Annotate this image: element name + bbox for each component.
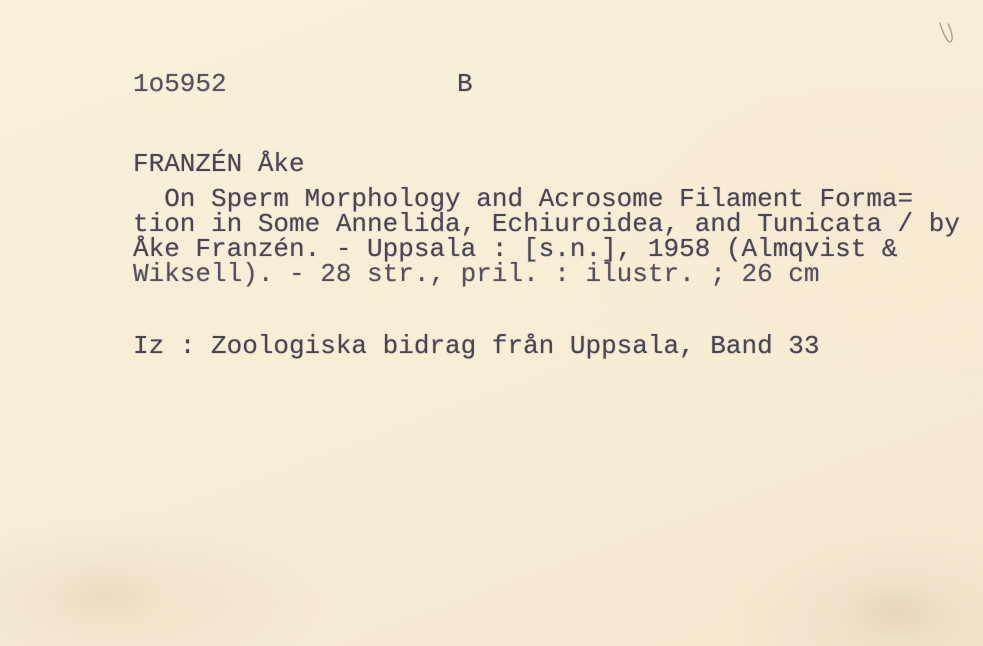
paper-smudge (840, 580, 950, 640)
pencil-checkmark-icon (936, 20, 962, 52)
description-line: Wiksell). - 28 str., pril. : ilustr. ; 2… (133, 262, 820, 287)
series-note: Iz : Zoologiska bidrag från Uppsala, Ban… (133, 334, 820, 359)
call-number: 1o5952 (133, 72, 227, 97)
author-heading: FRANZÉN Åke (133, 152, 305, 177)
classification-letter: B (457, 72, 473, 97)
catalog-card: 1o5952 B FRANZÉN Åke On Sperm Morphology… (0, 0, 983, 646)
paper-smudge (40, 560, 160, 630)
